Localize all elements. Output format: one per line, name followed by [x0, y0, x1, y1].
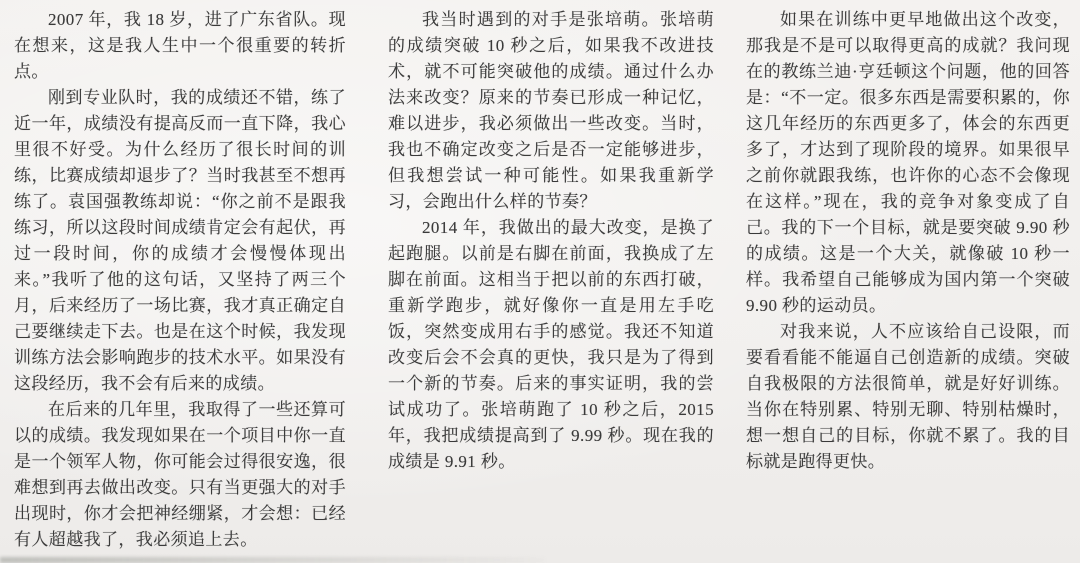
- scanned-page: 2007 年，我 18 岁，进了广东省队。现在想来，这是我人生中一个很重要的转折…: [0, 0, 1080, 563]
- paragraph: 如果在训练中更早地做出这个改变，那我是不是可以取得更高的成就？我问现在的教练兰迪…: [746, 7, 1070, 319]
- paragraph: 2014 年，我做出的最大改变，是换了起跑腿。以前是右脚在前面，我换成了左脚在前…: [388, 215, 714, 475]
- article-column-1: 2007 年，我 18 岁，进了广东省队。现在想来，这是我人生中一个很重要的转折…: [14, 7, 346, 553]
- paragraph: 2007 年，我 18 岁，进了广东省队。现在想来，这是我人生中一个很重要的转折…: [14, 7, 346, 85]
- article-column-3: 如果在训练中更早地做出这个改变，那我是不是可以取得更高的成就？我问现在的教练兰迪…: [746, 7, 1070, 475]
- paragraph: 刚到专业队时，我的成绩还不错，练了近一年，成绩没有提高反而一直下降，我心里很不好…: [14, 85, 346, 397]
- paragraph: 我当时遇到的对手是张培萌。张培萌的成绩突破 10 秒之后，如果我不改进技术，就不…: [388, 7, 714, 215]
- article-column-2: 我当时遇到的对手是张培萌。张培萌的成绩突破 10 秒之后，如果我不改进技术，就不…: [388, 7, 714, 475]
- paragraph: 在后来的几年里，我取得了一些还算可以的成绩。我发现如果在一个项目中你一直是一个领…: [14, 397, 346, 553]
- paragraph: 对我来说，人不应该给自己设限，而要看看能不能逼自己创造新的成绩。突破自我极限的方…: [746, 319, 1070, 475]
- page-edge-shadow: [0, 557, 545, 563]
